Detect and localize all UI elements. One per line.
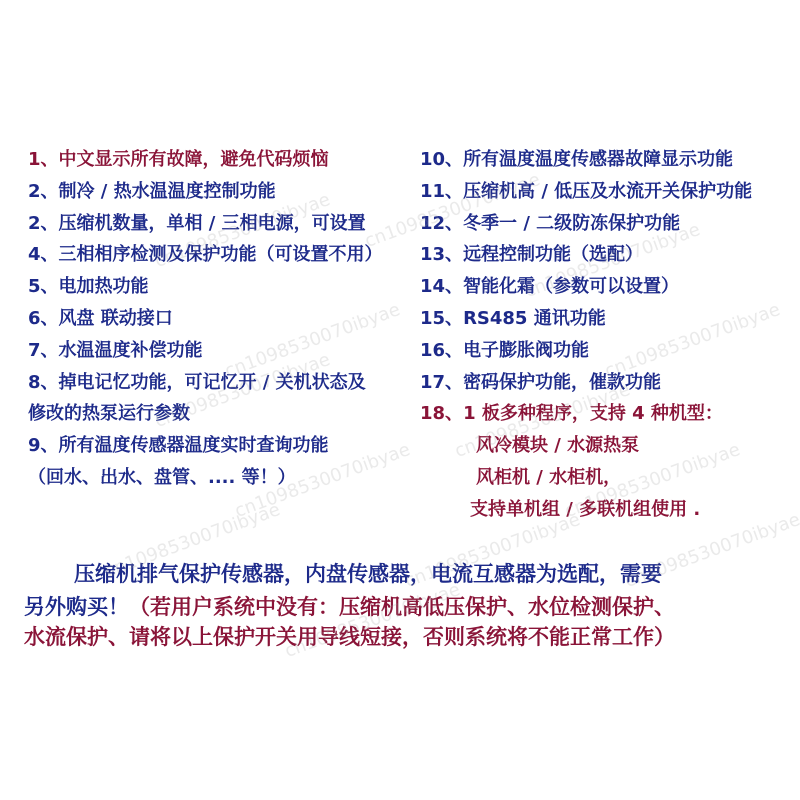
feature-text: 中文显示所有故障，避免代码烦恼 <box>59 149 329 170</box>
feature-item: 15、RS485 通讯功能 <box>420 308 606 330</box>
feature-text: 1 板多种程序，支持 4 种机型： <box>463 403 723 424</box>
feature-number: 1、 <box>28 149 59 170</box>
note-line-2-blue: 另外购买！ <box>24 595 129 619</box>
feature-item: 2、压缩机数量，单相 / 三相电源，可设置 <box>28 213 366 235</box>
feature-item: 6、风盘 联动接口 <box>28 308 173 330</box>
feature-text: RS485 通讯功能 <box>463 308 606 329</box>
feature-item: 9、所有温度传感器温度实时查询功能 <box>28 435 329 457</box>
feature-text: 冬季一 / 二级防冻保护功能 <box>463 213 680 234</box>
feature-text: （回水、出水、盘管、.... 等！） <box>28 467 296 488</box>
feature-text: 修改的热泵运行参数 <box>28 403 190 424</box>
feature-number: 7、 <box>28 340 59 361</box>
feature-text: 电加热功能 <box>59 276 149 297</box>
feature-text: 压缩机数量，单相 / 三相电源，可设置 <box>59 213 366 234</box>
feature-text: 风柜机 / 水柜机， <box>476 467 621 488</box>
feature-text: 掉电记忆功能，可记忆开 / 关机状态及 <box>59 372 366 393</box>
feature-text: 三相相序检测及保护功能（可设置不用） <box>59 244 383 265</box>
feature-item: 4、三相相序检测及保护功能（可设置不用） <box>28 244 383 266</box>
feature-item: 修改的热泵运行参数 <box>28 403 190 425</box>
feature-text: 所有温度传感器温度实时查询功能 <box>59 435 329 456</box>
feature-item: 风冷模块 / 水源热泵 <box>476 435 639 457</box>
feature-number: 12、 <box>420 213 463 234</box>
feature-number: 14、 <box>420 276 463 297</box>
feature-text: 风盘 联动接口 <box>59 308 173 329</box>
feature-item: 5、电加热功能 <box>28 276 149 298</box>
note-line-3: 水流保护、请将以上保护开关用导线短接，否则系统将不能正常工作） <box>24 624 675 650</box>
feature-item: 18、1 板多种程序，支持 4 种机型： <box>420 403 723 425</box>
feature-item: 10、所有温度温度传感器故障显示功能 <box>420 149 733 171</box>
feature-item: 14、智能化霜（参数可以设置） <box>420 276 679 298</box>
feature-item: 风柜机 / 水柜机， <box>476 467 621 489</box>
feature-item: 2、制冷 / 热水温温度控制功能 <box>28 181 276 203</box>
note-line-2-red: （若用户系统中没有：压缩机高低压保护、水位检测保护、 <box>129 595 675 619</box>
note-line-1: 压缩机排气保护传感器，内盘传感器，电流互感器为选配，需要 <box>74 561 662 587</box>
feature-number: 17、 <box>420 372 463 393</box>
feature-text: 水温温度补偿功能 <box>59 340 203 361</box>
watermark-text: cn1098530070ibyae <box>602 299 783 382</box>
feature-number: 15、 <box>420 308 463 329</box>
feature-item: 1、中文显示所有故障，避免代码烦恼 <box>28 149 329 171</box>
feature-text: 远程控制功能（选配） <box>463 244 643 265</box>
feature-number: 8、 <box>28 372 59 393</box>
feature-number: 10、 <box>420 149 463 170</box>
feature-item: 16、电子膨胀阀功能 <box>420 340 589 362</box>
feature-text: 密码保护功能，催款功能 <box>463 372 661 393</box>
watermark-text: cn1098530070ibyae <box>222 299 403 382</box>
feature-item: 17、密码保护功能，催款功能 <box>420 372 661 394</box>
feature-item: 12、冬季一 / 二级防冻保护功能 <box>420 213 680 235</box>
feature-text: 智能化霜（参数可以设置） <box>463 276 679 297</box>
feature-number: 2、 <box>28 213 59 234</box>
feature-text: 所有温度温度传感器故障显示功能 <box>463 149 733 170</box>
feature-number: 4、 <box>28 244 59 265</box>
feature-text: 风冷模块 / 水源热泵 <box>476 435 639 456</box>
feature-item: 11、压缩机高 / 低压及水流开关保护功能 <box>420 181 752 203</box>
feature-text: 电子膨胀阀功能 <box>463 340 589 361</box>
feature-text: 制冷 / 热水温温度控制功能 <box>59 181 276 202</box>
feature-item: （回水、出水、盘管、.... 等！） <box>28 467 296 489</box>
feature-number: 9、 <box>28 435 59 456</box>
feature-number: 13、 <box>420 244 463 265</box>
feature-item: 7、水温温度补偿功能 <box>28 340 203 362</box>
feature-number: 2、 <box>28 181 59 202</box>
feature-number: 6、 <box>28 308 59 329</box>
feature-text: 支持单机组 / 多联机组使用 . <box>470 499 700 520</box>
feature-number: 18、 <box>420 403 463 424</box>
feature-number: 5、 <box>28 276 59 297</box>
feature-text: 压缩机高 / 低压及水流开关保护功能 <box>463 181 752 202</box>
note-line-2: 另外购买！（若用户系统中没有：压缩机高低压保护、水位检测保护、 <box>24 594 675 620</box>
feature-item: 13、远程控制功能（选配） <box>420 244 643 266</box>
feature-item: 支持单机组 / 多联机组使用 . <box>470 499 700 521</box>
feature-number: 16、 <box>420 340 463 361</box>
feature-item: 8、掉电记忆功能，可记忆开 / 关机状态及 <box>28 372 366 394</box>
feature-number: 11、 <box>420 181 463 202</box>
